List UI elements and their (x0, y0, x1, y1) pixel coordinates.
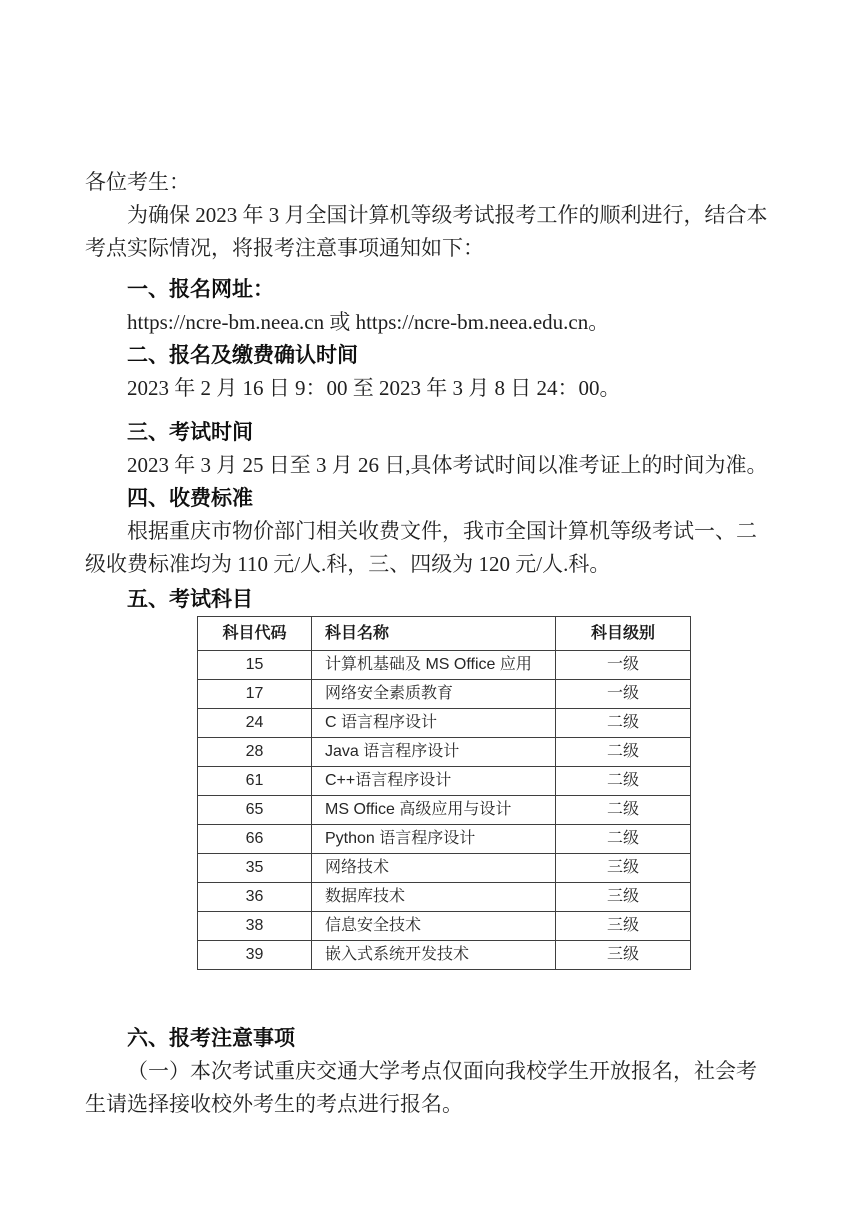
subject-level-cell: 一级 (556, 680, 691, 709)
section-4-body-fees: 根据重庆市物价部门相关收费文件，我市全国计算机等级考试一、二 级收费标准均为 1… (85, 515, 806, 581)
subject-name-cell: 数据库技术 (312, 883, 556, 912)
subject-name-cell: 网络安全素质教育 (312, 680, 556, 709)
column-header-subject-level: 科目级别 (556, 617, 691, 651)
subject-code-cell: 28 (198, 738, 312, 767)
subject-level-cell: 一级 (556, 651, 691, 680)
subject-name-cell: 计算机基础及 MS Office 应用 (312, 651, 556, 680)
section-4-heading-fee-standard: 四、收费标准 (85, 482, 806, 515)
subject-code-cell: 17 (198, 680, 312, 709)
subject-name-cell: MS Office 高级应用与设计 (312, 796, 556, 825)
subject-level-cell: 二级 (556, 709, 691, 738)
subjects-table: 科目代码 科目名称 科目级别 15计算机基础及 MS Office 应用一级17… (197, 616, 691, 970)
table-row: 28Java 语言程序设计二级 (198, 738, 691, 767)
subject-level-cell: 二级 (556, 767, 691, 796)
section-1-heading-registration-url: 一、报名网址： (85, 273, 806, 306)
subject-name-cell: Java 语言程序设计 (312, 738, 556, 767)
table-row: 35网络技术三级 (198, 854, 691, 883)
subject-level-cell: 三级 (556, 854, 691, 883)
subject-level-cell: 三级 (556, 912, 691, 941)
salutation: 各位考生： (85, 166, 806, 199)
table-row: 36数据库技术三级 (198, 883, 691, 912)
subject-name-cell: C++语言程序设计 (312, 767, 556, 796)
subjects-table-body: 15计算机基础及 MS Office 应用一级17网络安全素质教育一级24C 语… (198, 651, 691, 970)
table-row: 65MS Office 高级应用与设计二级 (198, 796, 691, 825)
intro-paragraph: 为确保 2023 年 3 月全国计算机等级考试报考工作的顺利进行，结合本 考点实… (85, 199, 806, 265)
subject-code-cell: 36 (198, 883, 312, 912)
subject-code-cell: 38 (198, 912, 312, 941)
subject-code-cell: 65 (198, 796, 312, 825)
column-header-subject-code: 科目代码 (198, 617, 312, 651)
subject-code-cell: 35 (198, 854, 312, 883)
subject-level-cell: 二级 (556, 738, 691, 767)
subject-name-cell: Python 语言程序设计 (312, 825, 556, 854)
subject-level-cell: 三级 (556, 941, 691, 970)
section-6-heading-registration-notes: 六、报考注意事项 (85, 1022, 806, 1055)
table-header-row: 科目代码 科目名称 科目级别 (198, 617, 691, 651)
table-row: 24C 语言程序设计二级 (198, 709, 691, 738)
document-page: 各位考生： 为确保 2023 年 3 月全国计算机等级考试报考工作的顺利进行，结… (0, 0, 868, 1227)
subject-level-cell: 三级 (556, 883, 691, 912)
subject-code-cell: 61 (198, 767, 312, 796)
subject-level-cell: 二级 (556, 796, 691, 825)
table-row: 39嵌入式系统开发技术三级 (198, 941, 691, 970)
subject-code-cell: 15 (198, 651, 312, 680)
section-3-heading-exam-time: 三、考试时间 (85, 416, 806, 449)
table-row: 38信息安全技术三级 (198, 912, 691, 941)
table-row: 66Python 语言程序设计二级 (198, 825, 691, 854)
subject-name-cell: 信息安全技术 (312, 912, 556, 941)
subject-code-cell: 24 (198, 709, 312, 738)
column-header-subject-name: 科目名称 (312, 617, 556, 651)
section-2-heading-registration-time: 二、报名及缴费确认时间 (85, 339, 806, 372)
section-3-body-exam-dates: 2023 年 3 月 25 日至 3 月 26 日,具体考试时间以准考证上的时间… (85, 449, 806, 482)
subject-code-cell: 66 (198, 825, 312, 854)
subject-level-cell: 二级 (556, 825, 691, 854)
subject-name-cell: C 语言程序设计 (312, 709, 556, 738)
subject-name-cell: 网络技术 (312, 854, 556, 883)
table-row: 17网络安全素质教育一级 (198, 680, 691, 709)
section-5-heading-exam-subjects: 五、考试科目 (85, 583, 806, 616)
section-1-body-urls: https://ncre-bm.neea.cn 或 https://ncre-b… (85, 306, 806, 339)
section-6-body-note-1: （一）本次考试重庆交通大学考点仅面向我校学生开放报名，社会考 生请选择接收校外考… (85, 1055, 806, 1121)
subject-code-cell: 39 (198, 941, 312, 970)
section-2-body-registration-period: 2023 年 2 月 16 日 9：00 至 2023 年 3 月 8 日 24… (85, 372, 806, 405)
table-row: 15计算机基础及 MS Office 应用一级 (198, 651, 691, 680)
subject-name-cell: 嵌入式系统开发技术 (312, 941, 556, 970)
table-row: 61C++语言程序设计二级 (198, 767, 691, 796)
